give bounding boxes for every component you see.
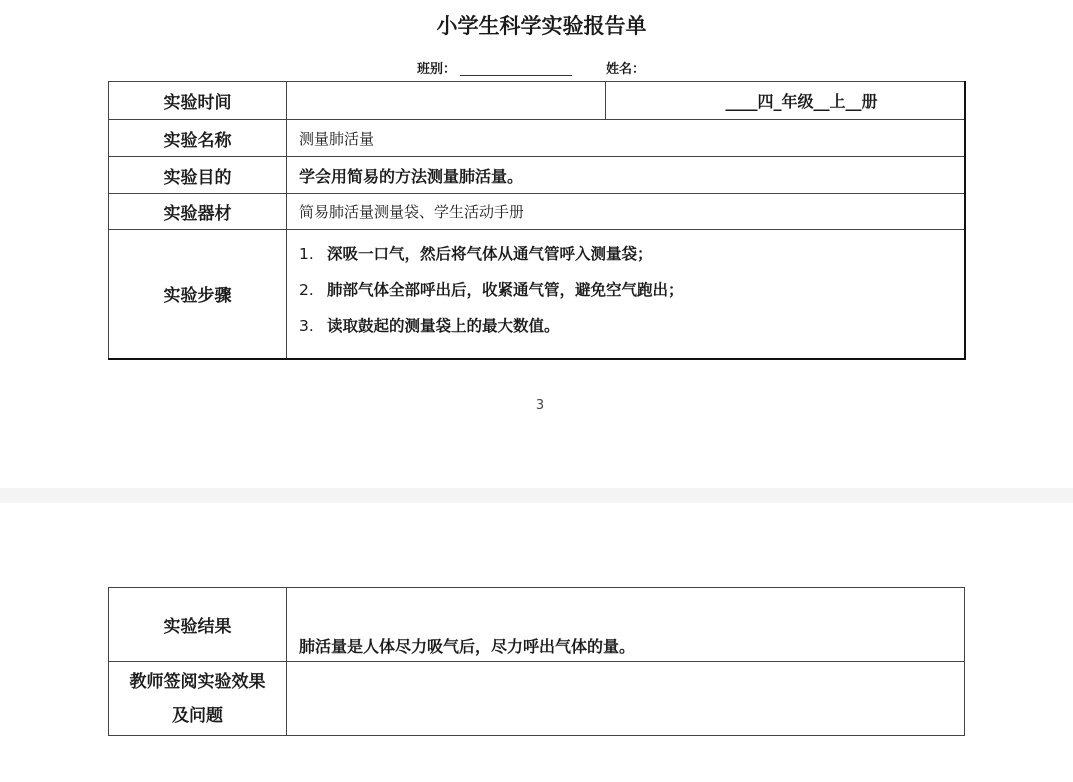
report-table-page2: 实验结果 肺活量是人体尽力吸气后，尽力呼出气体的量。 教师签阅实验效果 及问题 <box>108 587 965 736</box>
report-table-page1: 实验时间 ____四_年级__上__册 实验名称 测量肺活量 实验目的 学会用简… <box>108 81 966 360</box>
result-label: 实验结果 <box>109 588 287 662</box>
purpose-label: 实验目的 <box>109 157 287 194</box>
teacher-review-value[interactable] <box>287 662 965 736</box>
steps-label: 实验步骤 <box>109 230 287 359</box>
grade-volume: ____四_年级__上__册 <box>606 82 965 120</box>
experiment-name-value: 测量肺活量 <box>287 120 965 157</box>
page-separator <box>0 488 1073 503</box>
experiment-name-label: 实验名称 <box>109 120 287 157</box>
step-item: 2.肺部气体全部呼出后，收紧通气管，避免空气跑出； <box>299 272 964 308</box>
materials-value: 简易肺活量测量袋、学生活动手册 <box>287 194 965 230</box>
step-item: 3.读取鼓起的测量袋上的最大数值。 <box>299 308 964 344</box>
page-number: 3 <box>0 398 1073 413</box>
class-name-line: 班别：姓名： <box>417 58 645 77</box>
materials-label: 实验器材 <box>109 194 287 230</box>
purpose-value: 学会用简易的方法测量肺活量。 <box>287 157 965 194</box>
report-title: 小学生科学实验报告单 <box>0 10 1073 40</box>
time-value[interactable] <box>287 82 606 120</box>
time-label: 实验时间 <box>109 82 287 120</box>
student-name-label: 姓名： <box>606 62 645 77</box>
steps-list: 1.深吸一口气，然后将气体从通气管呼入测量袋； 2.肺部气体全部呼出后，收紧通气… <box>287 230 965 359</box>
result-value: 肺活量是人体尽力吸气后，尽力呼出气体的量。 <box>287 588 965 662</box>
class-blank[interactable] <box>460 63 572 76</box>
class-label: 班别： <box>417 62 456 77</box>
step-item: 1.深吸一口气，然后将气体从通气管呼入测量袋； <box>299 236 964 272</box>
teacher-review-label: 教师签阅实验效果 及问题 <box>109 662 287 736</box>
